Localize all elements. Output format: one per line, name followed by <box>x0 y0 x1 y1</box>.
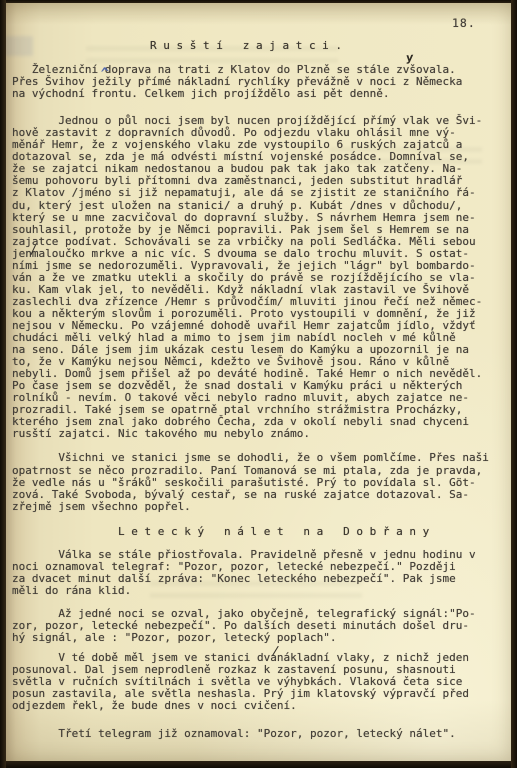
typewritten-text-block: R u s š t í z a j a t c i . Železniční d… <box>12 40 512 740</box>
scan-edge-bottom <box>0 761 517 768</box>
handwritten-insertion-y: y <box>405 51 413 65</box>
paragraph: Železniční doprava na trati z Klatov do … <box>12 64 512 100</box>
section-title-air-raid-dobrany: L e t e c k ý n á l e t n a D o b ř a n … <box>12 526 512 538</box>
paragraph: V té době měl jsem ve stanici dvanákladn… <box>12 652 512 712</box>
paragraph: Třetí telegram již oznamoval: "Pozor, po… <box>12 728 512 740</box>
scanned-document-page: 18. R u s š t í z a j a t c i . Železnič… <box>0 0 517 768</box>
paragraph: Všichni ve stanici jsme se dohodli, že o… <box>12 452 512 512</box>
handwritten-blue-caret: ^ <box>100 64 111 82</box>
paragraph: Jednou o půl noci jsem byl nucen projížd… <box>12 115 512 440</box>
page-number: 18. <box>452 16 476 30</box>
section-title-russian-prisoners: R u s š t í z a j a t c i . <box>12 40 512 52</box>
paragraph: Až jedné noci se ozval, jako obyčejně, t… <box>12 608 512 644</box>
paragraph: Válka se stále přiostřovala. Pravidelně … <box>12 549 512 597</box>
